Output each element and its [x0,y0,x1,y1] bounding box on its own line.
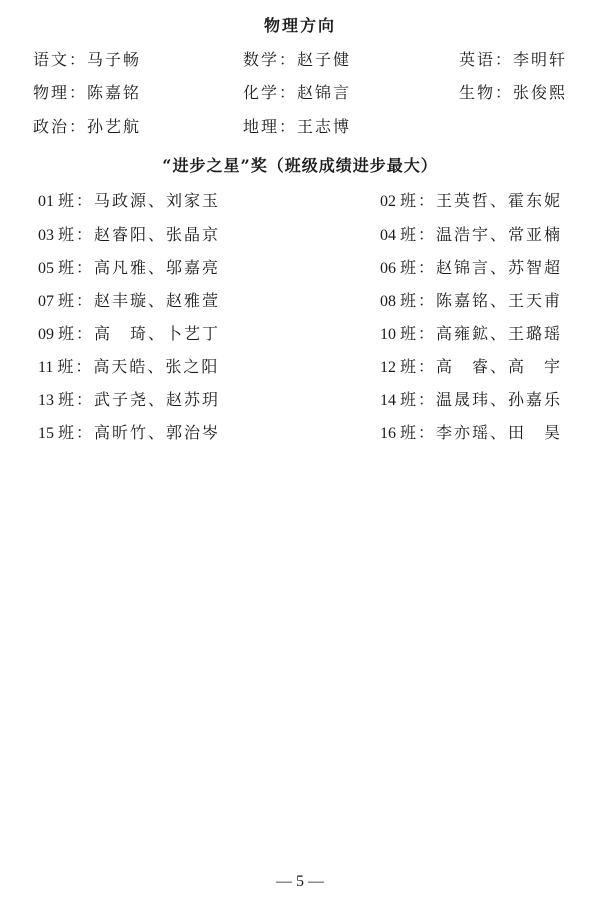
student-names: 高 睿、高 宇 [436,357,562,376]
student-name: 孙艺航 [87,117,141,136]
subject-entry-math: 数学：赵子健 [243,49,351,71]
subject-label: 语文 [33,50,69,69]
class-suffix: 班： [58,390,94,409]
class-suffix: 班： [400,225,436,244]
subject-entry-physics: 物理：陈嘉铭 [33,82,141,104]
class-award-01: 01班：马政源、刘家玉 [38,190,220,213]
colon: ： [69,83,87,102]
class-suffix: 班： [400,258,436,277]
subject-label: 化学 [243,83,279,102]
class-number: 04 [380,227,396,244]
class-number: 01 [38,193,54,210]
class-suffix: 班： [400,291,436,310]
subject-entry-chinese: 语文：马子畅 [33,49,141,71]
subject-entry-politics: 政治：孙艺航 [33,116,141,138]
student-names: 李亦瑶、田 昊 [436,423,562,442]
student-names: 温浩宇、常亚楠 [436,225,562,244]
page-number: — 5 — [0,872,600,892]
colon: ： [279,83,297,102]
class-award-10: 10班：高雍鉱、王璐瑶 [380,323,562,346]
class-award-row: 09班：高 琦、卜艺丁 10班：高雍鉱、王璐瑶 [38,323,562,345]
class-suffix: 班： [57,357,93,376]
subject-row: 语文：马子畅 数学：赵子健 英语：李明轩 [33,49,567,71]
class-award-row: 07班：赵丰璇、赵雅萱 08班：陈嘉铭、王天甫 [38,290,562,312]
class-award-05: 05班：高凡雅、邬嘉亮 [38,257,220,280]
class-suffix: 班： [58,324,94,343]
student-name: 马子畅 [87,50,141,69]
class-number: 16 [380,425,396,442]
subject-entry-chemistry: 化学：赵锦言 [243,82,351,104]
student-names: 高 琦、卜艺丁 [94,324,220,343]
student-name: 陈嘉铭 [87,83,141,102]
class-number: 13 [38,392,54,409]
section-title-progress-star-award: “进步之星”奖（班级成绩进步最大） [0,156,600,176]
student-name: 赵子健 [297,50,351,69]
subject-label: 物理 [33,83,69,102]
subject-entry-english: 英语：李明轩 [459,49,567,71]
class-award-16: 16班：李亦瑶、田 昊 [380,422,562,445]
class-number: 15 [38,425,54,442]
subject-row: 物理：陈嘉铭 化学：赵锦言 生物：张俊熙 [33,82,567,104]
class-suffix: 班： [58,291,94,310]
class-number: 02 [380,193,396,210]
student-name: 李明轩 [513,50,567,69]
class-award-12: 12班：高 睿、高 宇 [380,356,562,379]
class-suffix: 班： [58,191,94,210]
colon: ： [279,117,297,136]
class-number: 06 [380,260,396,277]
subject-label: 政治 [33,117,69,136]
class-award-14: 14班：温晟玮、孙嘉乐 [380,389,562,412]
student-names: 赵睿阳、张晶京 [94,225,220,244]
document-page: 物理方向 语文：马子畅 数学：赵子健 英语：李明轩 物理：陈嘉铭 化学：赵锦言 … [0,0,600,900]
student-names: 赵丰璇、赵雅萱 [94,291,220,310]
subject-label: 数学 [243,50,279,69]
student-names: 高天皓、张之阳 [93,357,219,376]
student-name: 王志博 [297,117,351,136]
class-award-13: 13班：武子尧、赵苏玥 [38,389,220,412]
student-names: 陈嘉铭、王天甫 [436,291,562,310]
class-award-row: 13班：武子尧、赵苏玥 14班：温晟玮、孙嘉乐 [38,389,562,411]
student-names: 高昕竹、郭治岑 [94,423,220,442]
subject-row: 政治：孙艺航 地理：王志博 [33,116,567,138]
class-number: 10 [380,326,396,343]
subject-label: 生物 [459,83,495,102]
class-award-04: 04班：温浩宇、常亚楠 [380,224,562,247]
class-suffix: 班： [58,225,94,244]
class-award-03: 03班：赵睿阳、张晶京 [38,224,220,247]
class-award-row: 03班：赵睿阳、张晶京 04班：温浩宇、常亚楠 [38,224,562,246]
class-award-09: 09班：高 琦、卜艺丁 [38,323,220,346]
class-number: 09 [38,326,54,343]
class-number: 08 [380,293,396,310]
class-award-row: 05班：高凡雅、邬嘉亮 06班：赵锦言、苏智超 [38,257,562,279]
class-award-row: 11班：高天皓、张之阳 12班：高 睿、高 宇 [38,356,562,378]
class-suffix: 班： [58,423,94,442]
class-award-11: 11班：高天皓、张之阳 [38,356,219,379]
colon: ： [69,117,87,136]
student-names: 王英哲、霍东妮 [436,191,562,210]
class-number: 07 [38,293,54,310]
class-award-15: 15班：高昕竹、郭治岑 [38,422,220,445]
student-names: 温晟玮、孙嘉乐 [436,390,562,409]
section-title-physics-direction: 物理方向 [0,16,600,36]
student-names: 马政源、刘家玉 [94,191,220,210]
class-number: 12 [380,359,396,376]
class-award-02: 02班：王英哲、霍东妮 [380,190,562,213]
class-award-08: 08班：陈嘉铭、王天甫 [380,290,562,313]
colon: ： [495,83,513,102]
subject-entry-biology: 生物：张俊熙 [459,82,567,104]
class-number: 03 [38,227,54,244]
class-suffix: 班： [400,357,436,376]
student-names: 高雍鉱、王璐瑶 [436,324,562,343]
student-name: 张俊熙 [513,83,567,102]
student-names: 高凡雅、邬嘉亮 [94,258,220,277]
class-award-row: 15班：高昕竹、郭治岑 16班：李亦瑶、田 昊 [38,422,562,444]
class-number: 05 [38,260,54,277]
class-number: 11 [38,359,53,376]
class-suffix: 班： [400,191,436,210]
subject-label: 地理 [243,117,279,136]
class-suffix: 班： [400,324,436,343]
class-suffix: 班： [400,423,436,442]
student-names: 武子尧、赵苏玥 [94,390,220,409]
class-suffix: 班： [400,390,436,409]
class-award-07: 07班：赵丰璇、赵雅萱 [38,290,220,313]
subject-entry-geography: 地理：王志博 [243,116,351,138]
student-name: 赵锦言 [297,83,351,102]
subject-label: 英语 [459,50,495,69]
colon: ： [495,50,513,69]
class-award-06: 06班：赵锦言、苏智超 [380,257,562,280]
class-suffix: 班： [58,258,94,277]
colon: ： [279,50,297,69]
class-number: 14 [380,392,396,409]
colon: ： [69,50,87,69]
student-names: 赵锦言、苏智超 [436,258,562,277]
class-award-row: 01班：马政源、刘家玉 02班：王英哲、霍东妮 [38,190,562,212]
